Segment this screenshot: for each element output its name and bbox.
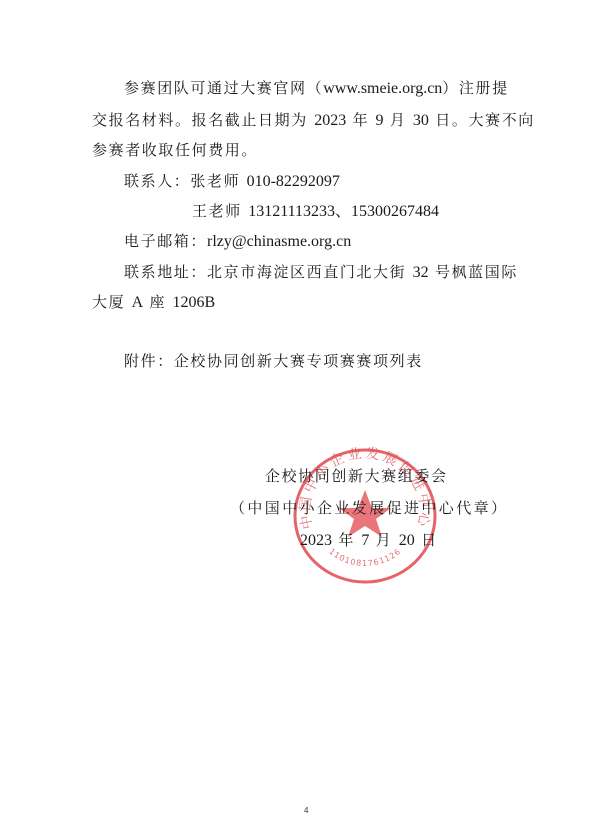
page-number: 4	[304, 806, 308, 815]
signature-date: 2023 年 7 月 20 日	[300, 530, 438, 551]
email-line: 电子邮箱：rlzy@chinasme.org.cn	[124, 231, 351, 252]
date-month: 7	[361, 532, 369, 549]
deadline-month: 9	[376, 112, 384, 129]
attachment-line: 附件：企校协同创新大赛专项赛赛项列表	[124, 351, 423, 371]
contact-person-2: 王老师	[192, 202, 242, 220]
registration-line-3: 参赛者收取任何费用。	[92, 140, 258, 160]
contact-phone-1: 010-82292097	[247, 173, 340, 190]
contact-phone-2: 13121113233、15300267484	[248, 203, 439, 220]
address-block: A	[132, 294, 144, 311]
signature-proxy-seal: （中国中小企业发展促进中心代章）	[230, 498, 508, 518]
registration-text-tail: ）注册提	[442, 79, 508, 97]
month-char: 月	[390, 111, 407, 129]
year-char: 年	[353, 111, 370, 129]
deadline-day: 30	[413, 112, 429, 129]
email-address[interactable]: rlzy@chinasme.org.cn	[207, 233, 351, 250]
date-year: 2023	[300, 532, 332, 549]
address-number: 32	[413, 264, 429, 281]
organizer-name: 企校协同创新大赛组委会	[265, 467, 448, 485]
deadline-year: 2023	[314, 112, 346, 129]
contact-person-1: 张老师	[190, 172, 240, 190]
registration-line-1: 参赛团队可通过大赛官网（www.smeie.org.cn）注册提	[124, 78, 509, 99]
website-link[interactable]: www.smeie.org.cn	[323, 80, 442, 97]
attachment-label: 附件：	[124, 352, 174, 370]
attachment-title[interactable]: 企校协同创新大赛专项赛赛项列表	[174, 352, 423, 370]
address-seat: 座	[150, 293, 167, 311]
address-street: 北京市海淀区西直门北大街	[207, 263, 406, 281]
address-tower: 大厦	[92, 293, 125, 311]
contact-line-1: 联系人：张老师 010-82292097	[124, 171, 340, 192]
address-line-1: 联系地址：北京市海淀区西直门北大街 32 号枫蓝国际	[124, 262, 518, 283]
date-year-char: 年	[338, 531, 355, 549]
address-room: 1206B	[173, 294, 216, 311]
address-building: 号枫蓝国际	[435, 263, 518, 281]
fee-text: 参赛者收取任何费用。	[92, 141, 258, 159]
date-month-char: 月	[376, 531, 393, 549]
deadline-text: 交报名材料。报名截止日期为	[92, 111, 308, 129]
proxy-seal-text: （中国中小企业发展促进中心代章）	[230, 499, 508, 517]
registration-line-2: 交报名材料。报名截止日期为 2023 年 9 月 30 日。大赛不向	[92, 110, 535, 131]
contact-line-2: 王老师 13121113233、15300267484	[192, 201, 439, 222]
address-label: 联系地址：	[124, 263, 207, 281]
registration-text: 参赛团队可通过大赛官网（	[124, 79, 323, 97]
address-line-2: 大厦 A 座 1206B	[92, 292, 215, 313]
date-day-char: 日	[421, 531, 438, 549]
date-day: 20	[399, 532, 415, 549]
day-char-and-tail: 日。大赛不向	[435, 111, 535, 129]
signature-organizer: 企校协同创新大赛组委会	[265, 466, 448, 486]
email-label: 电子邮箱：	[124, 232, 207, 250]
contact-label: 联系人：	[124, 172, 190, 190]
